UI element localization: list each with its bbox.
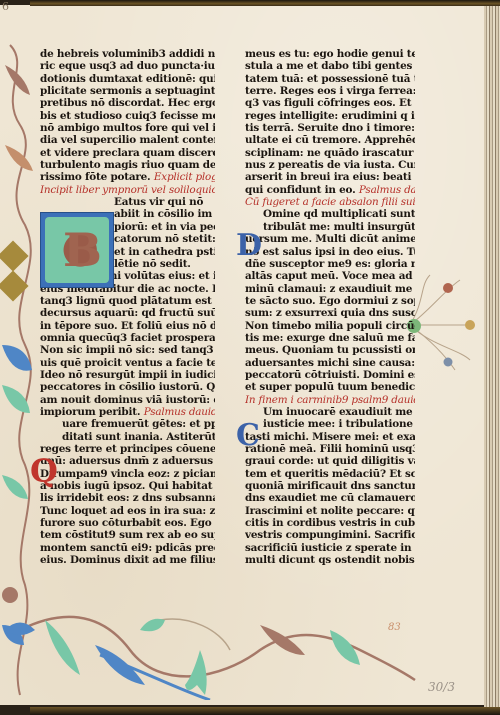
text-line: bis et studioso cuiq3 fecisse me sciēs:	[40, 110, 215, 122]
text-line: Um inuocarē exaudiuit me deus	[245, 406, 415, 418]
text-line: et videre preclara quam discere: et de	[40, 147, 215, 159]
text-line: nō est salus ipsi in deo eius. Tu aūt	[245, 246, 415, 258]
text-line: nō ambigo multos fore qui vel inui	[40, 122, 215, 134]
rubric-psalm-3: Psalmus dauid	[359, 184, 415, 196]
right-text-column: meus es tu: ego hodie genui te. Po stula…	[245, 48, 415, 566]
text-line: quoniā mirificauit dns sanctum suū:	[245, 480, 415, 492]
book-edge-top	[30, 0, 500, 6]
pencil-foliation: 30/3	[428, 680, 455, 694]
rubric-incipit-psalter: Incipit liber ympnorū vel soliloquiorum·	[40, 184, 215, 196]
text-line: uis quē proicit ventus a facie terre.	[40, 357, 215, 369]
text-line: eius. Dominus dixit ad me filius	[40, 554, 215, 566]
blue-lombard-initial-d: D	[236, 228, 262, 263]
text-line: plicitate sermonis a septuaginta inter	[40, 85, 215, 97]
text-line: nus z pereatis de via iusta. Cum ex	[245, 159, 415, 171]
text-line: tribulāt me: multi insurgūt ad	[245, 221, 415, 233]
text-line: multi dicunt qs ostendit nobis bona.	[245, 554, 415, 566]
text-line: in tēpore suo. Et foliū eius nō defluet:	[40, 320, 215, 332]
text-line: ultate ei cū tremore. Apprehēdite di	[245, 134, 415, 146]
text-line: tanq3 lignū quod plātatum est secus	[40, 295, 215, 307]
text-line: montem sanctū ei9: pdicās preceptū	[40, 542, 215, 554]
text-line: tem et queritis mēdaciū? Et scitote	[245, 468, 415, 480]
text-line: Tunc loquet ad eos in ira sua: z in	[40, 505, 215, 517]
illuminated-initial: B	[40, 212, 114, 288]
text-line: tasti michi. Misere mei: et exaudi o	[245, 431, 415, 443]
text-segment: qui confidunt in eo.	[245, 184, 356, 196]
text-line: peccatores in cōsilio iustorū. Quoni	[40, 381, 215, 393]
text-line: ditati sunt inania. Astiterūt	[40, 431, 215, 443]
text-line: reges intelligite: erudimini q iudica	[245, 110, 415, 122]
blue-lombard-initial-c: C	[236, 418, 260, 453]
text-line: peccatorū cōtriuisti. Domini est salus:	[245, 369, 415, 381]
rubric-psalm-4: In finem i carminib9 psalm9 dauid	[245, 394, 415, 406]
text-line: lis irridebit eos: z dns subsannabit eos…	[40, 492, 215, 504]
text-line: decursus aquarū: qd fructū suū dabit	[40, 307, 215, 319]
red-lombard-initial-q: Q	[30, 452, 58, 490]
text-line: Omine qd multiplicati sunt qui	[245, 208, 415, 220]
text-line: uare fremuerūt gētes: et ppli me	[40, 418, 215, 430]
text-line: ric eque usq3 ad duo puncta·iuxta theo	[40, 60, 215, 72]
text-line: Irascimini et nolite peccare: qui di	[245, 505, 415, 517]
book-edge-bottom	[30, 707, 500, 715]
text-line: turbulento magis riuo quam de pu	[40, 159, 215, 171]
rubric-psalm-2: Psalmus dauid	[144, 406, 215, 418]
text-line: Eatus vir qui nō	[40, 196, 215, 208]
text-line: aduersantes michi sine causa: dentes	[245, 357, 415, 369]
initial-letter: B	[63, 223, 102, 277]
text-line: unū: aduersus dnm̄ z aduersus xp̄m ei9.	[40, 455, 215, 467]
text-segment: impiorum peribit.	[40, 406, 140, 418]
page-fore-edge	[484, 5, 500, 707]
text-line: dia vel supercilio malent contempnere	[40, 134, 215, 146]
text-line: de hebreis voluminib3 addidi nouē	[40, 48, 215, 60]
left-text-column: de hebreis voluminib3 addidi nouē ric eq…	[40, 48, 215, 566]
text-line: pretibus nō discordat. Hec ergo et vo	[40, 97, 215, 109]
text-line: Dirumpam9 vincla eoz: z piciam9	[40, 468, 215, 480]
rubric-explicit-prologue: Explicit plogus	[154, 171, 215, 183]
rubric-absalon: Cū fugeret a facie absalon filii sui·	[245, 196, 415, 208]
margin-note: 83	[388, 622, 401, 633]
text-line: stula a me et dabo tibi gentes heredi	[245, 60, 415, 72]
text-line: terre. Reges eos i virga ferrea: z tan	[245, 85, 415, 97]
text-line: sacrificiū iusticie z sperate in domino:	[245, 542, 415, 554]
text-line: a nobis iugū ipsoz. Qui habitat in ce	[40, 480, 215, 492]
text-line: et super populū tuum benedictio tua.	[245, 381, 415, 393]
text-line: dotionis dumtaxat editionē: qui sim	[40, 73, 215, 85]
text-line: Ideo nō resurgūt impii in iudicio: neq3	[40, 369, 215, 381]
text-line: meus. Quoniam tu pcussisti omnes	[245, 344, 415, 356]
text-segment: rissimo fōte potare.	[40, 171, 150, 183]
text-line: dñe susceptor me9 es: gloria mea z ex	[245, 258, 415, 270]
text-line: tis me: exurge dne saluū me fac deus	[245, 332, 415, 344]
text-line: vestris compungimini. Sacrificate	[245, 529, 415, 541]
bottom-border-ornament	[0, 590, 420, 700]
text-line: arserit in breui ira eius: beati omnes	[245, 171, 415, 183]
text-line: tis terrā. Seruite dno i timore: et ex	[245, 122, 415, 134]
text-line: q3 vas figuli cōfringes eos. Et nūc	[245, 97, 415, 109]
text-line: citis in cordibus vestris in cubilibus	[245, 517, 415, 529]
text-line: rissimo fōte potare. Explicit plogus	[40, 171, 215, 183]
text-line: sciplinam: ne quādo irascatur domi	[245, 147, 415, 159]
text-line: uersum me. Multi dicūt anime mee:	[245, 233, 415, 245]
text-line: sum: z exsurrexi quia dns suscepit me.	[245, 307, 415, 319]
text-line: iusticie mee: i tribulatione dila	[245, 418, 415, 430]
text-line: graui corde: ut quid diligitis vanita	[245, 455, 415, 467]
text-line: omnia quecūq3 faciet prosperabūtur.	[40, 332, 215, 344]
text-line: furore suo cōturbabit eos. Ego au	[40, 517, 215, 529]
text-line: Non timebo milia populi circūdan	[245, 320, 415, 332]
text-line: rationē meā. Filii hominū usq3 quo	[245, 443, 415, 455]
text-line: tatem tuā: et possessionē tuā terminos	[245, 73, 415, 85]
text-line: minū clamaui: z exaudiuit me de mō	[245, 283, 415, 295]
text-line: tem cōstitut9 sum rex ab eo sup syon	[40, 529, 215, 541]
text-line: dns exaudiet me cū clamauero ad eū.	[245, 492, 415, 504]
text-line: Non sic impii nō sic: sed tanq3 pul	[40, 344, 215, 356]
text-line: reges terre et principes cōuenerunt in	[40, 443, 215, 455]
text-line: meus es tu: ego hodie genui te. Po	[245, 48, 415, 60]
text-line: altās caput meū. Voce mea ad do	[245, 270, 415, 282]
text-line: am nouit dominus viā iustorū: et iter	[40, 394, 215, 406]
text-line: te sācto suo. Ego dormiui z soporat9	[245, 295, 415, 307]
